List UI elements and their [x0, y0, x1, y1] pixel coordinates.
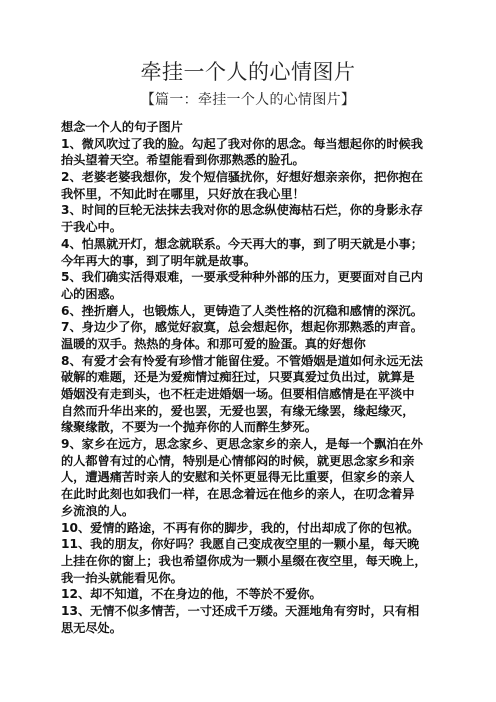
text-line: 今年再大的事，到了明年就是故事。	[61, 253, 441, 270]
text-line: 4、怕黑就开灯，想念就联系。今天再大的事，到了明天就是小事；	[61, 236, 441, 253]
text-line: 2、老婆老婆我想你，发个短信骚扰你，好想好想亲亲你，把你抱在	[61, 169, 441, 186]
text-line: 7、身边少了你，感觉好寂寞，总会想起你，想起你那熟悉的声音。	[61, 319, 441, 336]
text-line: 在此时此刻也如我们一样，在思念着远在他乡的亲人，在叨念着异	[61, 486, 441, 503]
text-line: 1、微风吹过了我的脸。勾起了我对你的思念。每当想起你的时候我	[61, 136, 441, 153]
text-line: 我一抬头就能看见你。	[61, 570, 441, 587]
text-line: 自然而升华出来的，爱也罢，无爱也罢，有缘无缘罢，缘起缘灭，	[61, 403, 441, 420]
text-line: 于我心中。	[61, 219, 441, 236]
text-line: 婚姻没有走到头，也不枉走进婚姻一场。但要相信感情是在平淡中	[61, 386, 441, 403]
text-line: 6、挫折磨人，也锻炼人，更铸造了人类性格的沉稳和感情的深沉。	[61, 303, 441, 320]
text-line: 5、我们确实活得艰难，一要承受种种外部的压力，更要面对自己内	[61, 269, 441, 286]
text-line: 温暖的双手。热热的身体。和那可爱的脸蛋。真的好想你	[61, 336, 441, 353]
body-heading: 想念一个人的句子图片	[61, 119, 441, 136]
text-line: 8、有爱才会有怜爱有珍惜才能留住爱。不管婚姻是道如何永远无法	[61, 353, 441, 370]
text-line: 我怀里，不知此时在哪里，只好放在我心里！	[61, 186, 441, 203]
text-line: 9、家乡在远方，思念家乡、更思念家乡的亲人，是每一个飘泊在外	[61, 436, 441, 453]
text-line: 破解的难题，还是为爱痴情过痴狂过，只要真爱过负出过，就算是	[61, 369, 441, 386]
text-line: 缘聚缘散，不要为一个抛弃你的人而醉生梦死。	[61, 419, 441, 436]
text-line: 上挂在你的窗上；我也希望你成为一颗小星缀在夜空里，每天晚上，	[61, 553, 441, 570]
text-line: 10、爱情的路途，不再有你的脚步，我的，付出却成了你的包袱。	[61, 520, 441, 537]
text-line: 抬头望着天空。希望能看到你那熟悉的脸孔。	[61, 152, 441, 169]
document-body: 想念一个人的句子图片 1、微风吹过了我的脸。勾起了我对你的思念。每当想起你的时候…	[61, 119, 441, 636]
text-line: 乡流浪的人。	[61, 503, 441, 520]
text-line: 心的困惑。	[61, 286, 441, 303]
text-line: 思无尽处。	[61, 620, 441, 637]
section-heading: 【篇一：牵挂一个人的心情图片】	[0, 90, 496, 110]
document-title: 牵挂一个人的心情图片	[0, 58, 496, 86]
text-line: 人，遭遇痛苦时亲人的安慰和关怀更显得无比重要，但家乡的亲人	[61, 469, 441, 486]
text-line: 12、却不知道，不在身边的他，不等於不爱你。	[61, 586, 441, 603]
text-line: 的人都曾有过的心情，特别是心情郁闷的时候，就更思念家乡和亲	[61, 453, 441, 470]
text-line: 3、时间的巨轮无法抹去我对你的思念纵使海枯石烂，你的身影永存	[61, 202, 441, 219]
text-line: 13、无情不似多情苦，一寸还成千万缕。天涯地角有穷时，只有相	[61, 603, 441, 620]
text-line: 11、我的朋友，你好吗？我愿自己变成夜空里的一颗小星，每天晚	[61, 536, 441, 553]
document-page: 牵挂一个人的心情图片 【篇一：牵挂一个人的心情图片】 想念一个人的句子图片 1、…	[0, 0, 496, 702]
